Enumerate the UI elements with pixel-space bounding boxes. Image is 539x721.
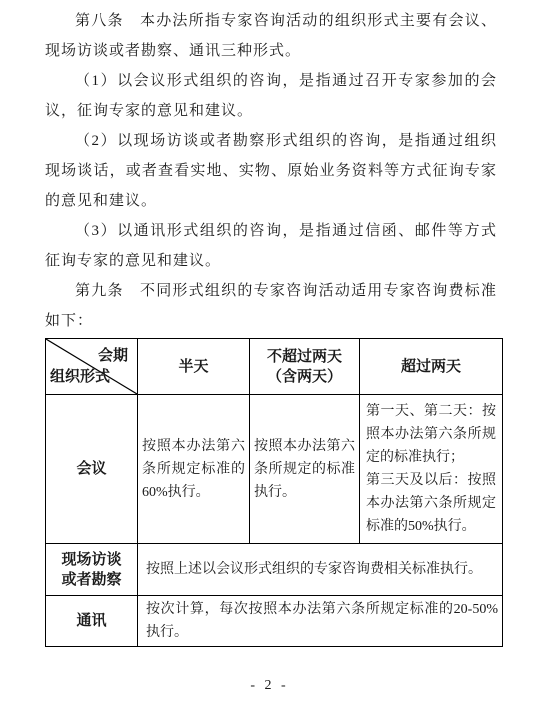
cell-meeting-over-two-days: 第一天、第二天：按照本办法第六条所规定的标准执行； 第三天及以后：按照本办法第六… [360,395,503,544]
header-label-line2: （含两天） [250,367,359,387]
row-label-communication: 通讯 [46,596,138,647]
document-page: 第八条 本办法所指专家咨询活动的组织形式主要有会议、现场访谈或者勘察、通讯三种形… [0,0,539,721]
header-cell-le-two-days: 不超过两天 （含两天） [250,339,360,395]
corner-label-session: 会期 [98,346,128,366]
corner-label-org-form: 组织形式 [50,367,110,387]
table-row-communication: 通讯 按次计算，每次按照本办法第六条所规定标准的20-50%执行。 [46,596,503,647]
over-two-days-rule-part2: 第三天及以后：按照本办法第六条所规定标准的50%执行。 [366,469,496,538]
row-label-meeting: 会议 [46,395,138,544]
row-label-line2: 或者勘察 [46,570,137,590]
paragraph-item-2: （2）以现场访谈或者勘察形式组织的咨询，是指通过组织现场谈话，或者查看实地、实物… [45,126,497,216]
cell-site-visit-rule: 按照上述以会议形式组织的专家咨询费相关标准执行。 [138,544,503,596]
header-label-line1: 不超过两天 [250,347,359,367]
cell-meeting-le-two-days: 按照本办法第六条所规定的标准执行。 [250,395,360,544]
over-two-days-rule-part1: 第一天、第二天：按照本办法第六条所规定的标准执行； [366,400,496,469]
header-cell-over-two-days: 超过两天 [360,339,503,395]
row-label-line1: 现场访谈 [46,550,137,570]
paragraph-article-8: 第八条 本办法所指专家咨询活动的组织形式主要有会议、现场访谈或者勘察、通讯三种形… [45,6,497,66]
cell-meeting-half-day: 按照本办法第六条所规定标准的60%执行。 [138,395,250,544]
cell-communication-rule: 按次计算，每次按照本办法第六条所规定标准的20-50%执行。 [138,596,503,647]
corner-header-cell: 会期 组织形式 [46,339,138,395]
header-cell-half-day: 半天 [138,339,250,395]
paragraph-article-9: 第九条 不同形式组织的专家咨询活动适用专家咨询费标准如下： [45,276,497,336]
table-row-site-visit: 现场访谈 或者勘察 按照上述以会议形式组织的专家咨询费相关标准执行。 [46,544,503,596]
page-number: - 2 - [0,678,539,694]
header-label: 超过两天 [360,357,502,377]
table-row-meeting: 会议 按照本办法第六条所规定标准的60%执行。 按照本办法第六条所规定的标准执行… [46,395,503,544]
header-label: 半天 [138,357,249,377]
table-header-row: 会期 组织形式 半天 不超过两天 （含两天） 超过两天 [46,339,503,395]
paragraph-item-3: （3）以通讯形式组织的咨询，是指通过信函、邮件等方式征询专家的意见和建议。 [45,216,497,276]
consulting-fee-table: 会期 组织形式 半天 不超过两天 （含两天） 超过两天 会议 按照本办法第六条所… [45,338,503,647]
paragraph-item-1: （1）以会议形式组织的咨询，是指通过召开专家参加的会议，征询专家的意见和建议。 [45,66,497,126]
row-label-site-visit: 现场访谈 或者勘察 [46,544,138,596]
